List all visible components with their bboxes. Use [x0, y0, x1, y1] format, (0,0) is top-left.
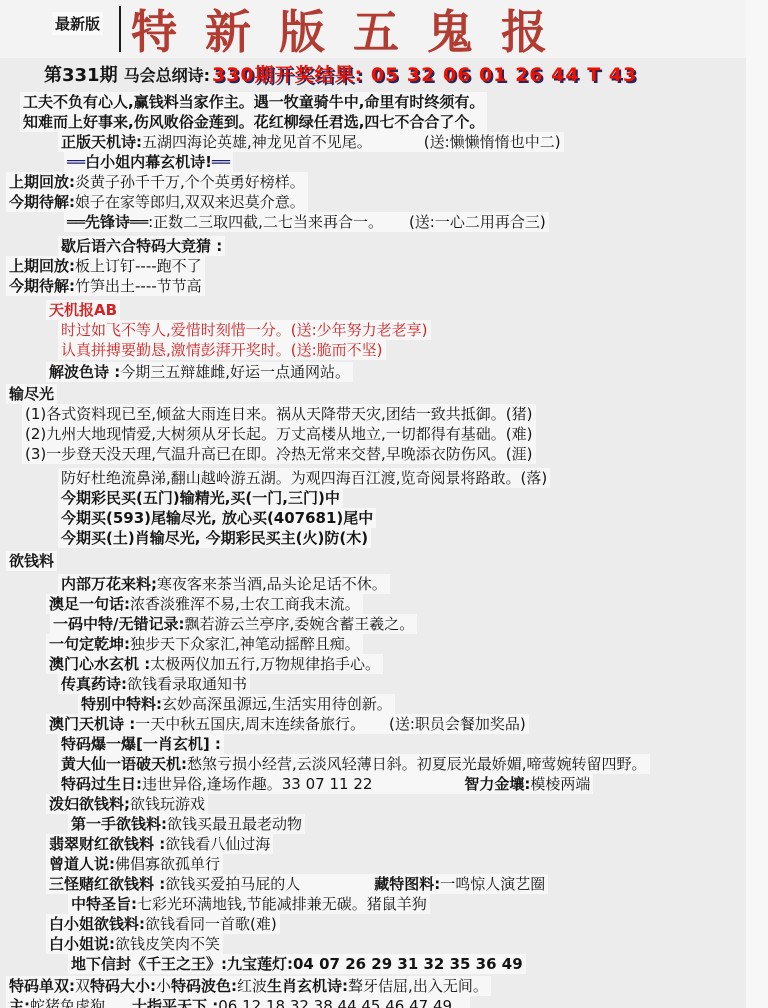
text-segment: 双: [75, 976, 90, 996]
text-line: 三怪赌红欲钱料 :欲钱买爱拍马屁的人藏特图料:一鸣惊人演艺圈: [46, 874, 548, 894]
text-segment: 白小姐说:: [49, 934, 115, 954]
five-ghost-report-page: 最新版 特新版五鬼报 第331期 马会总纲诗: 330期开奖结果: 05 32 …: [0, 0, 768, 1008]
text-segment: 欲钱看同一首歌(难): [145, 914, 277, 934]
text-segment: 独步天下众家汇,神笔动摇醉且痴。: [130, 634, 360, 654]
text-segment: 防好杜绝流鼻涕,翻山越岭游五湖。为观四海百江渡,览奇阅景将路敢。(落): [61, 468, 547, 488]
text-line: 第一手欲钱料: 欲钱买最丑最老动物: [68, 814, 305, 834]
text-segment: 今期三五辩雄雌,好运一点通网站。: [120, 362, 350, 382]
text-segment: 欲钱买爱拍马屁的人: [165, 874, 300, 894]
text-line: 认真拼搏要勤恳,激情彭湃开奖时。(送:脆而不坚): [58, 340, 386, 360]
text-line: 地下信封《千王之王》: 九宝莲灯:04 07 26 29 31 32 35 36…: [68, 954, 526, 974]
text-segment: 认真拼搏要勤恳,激情彭湃开奖时。(送:脆而不坚): [61, 340, 383, 360]
text-segment: 欲钱买最丑最老动物: [167, 814, 302, 834]
text-line: 欲钱料: [6, 551, 57, 571]
text-segment: 玄妙高深虽源远,生活实用待创新。: [162, 694, 392, 714]
text-line: 工夫不负有心人,赢钱料当家作主。遇一牧童骑牛中,命里有时终须有。: [20, 92, 487, 112]
text-segment: 一鸣惊人演艺圈: [440, 874, 545, 894]
text-line: 一句定乾坤:独步天下众家汇,神笔动摇醉且痴。: [46, 634, 363, 654]
text-line: 一码中特/无错记录:飘若游云兰亭序,委婉含蓄王羲之。: [50, 614, 417, 634]
text-segment: ══: [67, 152, 85, 172]
text-segment: 天机报AB: [49, 300, 117, 320]
text-line: 白小姐说:欲钱皮笑肉不笑: [46, 934, 223, 954]
text-segment: (3): [25, 444, 46, 464]
text-segment: 七彩光环满地钱,节能减排兼无碳。猪鼠羊狗: [137, 894, 427, 914]
text-line: ══白小姐内幕玄机诗! ══: [64, 152, 233, 172]
text-segment: 一句定乾坤:: [49, 634, 130, 654]
text-segment: 模棱两端: [530, 774, 590, 794]
text-line: 防好杜绝流鼻涕,翻山越岭游五湖。为观四海百江渡,览奇阅景将路敢。(落): [58, 468, 550, 488]
text-segment: 蛇猪兔虎狗。: [30, 996, 120, 1008]
text-segment: 知难而上好事来,伤风败俗金莲到。花红柳绿任君选,四七不合合了个。: [23, 112, 484, 132]
text-segment: 上期回放:: [9, 256, 75, 276]
text-line: (3)一步登天没天理,气温升高已在即。冷热无常来交替,早晚添衣防伤风。(涯): [22, 444, 536, 464]
text-segment: 白小姐内幕玄机诗!: [85, 152, 212, 172]
issue-title-label: 马会总纲诗:: [124, 63, 210, 86]
text-line: 歇后语六合特码大竞猜 :: [58, 236, 225, 256]
text-line: 内部万花来料;寒夜客来茶当酒,品头论足话不休。: [58, 574, 390, 594]
text-segment: (送:职员会餐加奖品): [389, 714, 526, 734]
text-segment: 聱牙佶屈,出入无间。: [348, 976, 488, 996]
text-segment: 正版天机诗:: [61, 132, 142, 152]
issue-number: 第331期: [44, 61, 118, 87]
text-segment: 飘若游云兰亭序,委婉含蓄王羲之。: [184, 614, 414, 634]
text-line: 今期待解:娘子在家等郎归,双双来迟莫介意。: [6, 192, 308, 212]
text-segment: 违世异俗,逢场作趣。33 07 11 22: [142, 774, 372, 794]
text-segment: (2): [25, 424, 46, 444]
text-segment: 一码中特/无错记录:: [53, 614, 184, 634]
text-segment: 九州大地现情爱,大树须从牙长起。万丈高楼从地立,一切都得有基础。(难): [46, 424, 532, 444]
text-segment: 时过如飞不等人,爱惜时刻惜一分。(送:少年努力老老享): [61, 320, 428, 340]
text-segment: 今期买(593)尾输尽光, 放心买(407681)尾中: [61, 508, 373, 528]
text-segment: 输尽光: [9, 384, 54, 404]
text-line: 今期买(593)尾输尽光, 放心买(407681)尾中: [58, 508, 376, 528]
text-segment: 佛倡寡欲孤单行: [115, 854, 220, 874]
text-line: 今期待解:竹笋出土----节节高: [6, 276, 205, 296]
text-segment: :正数二三取四截,二七当来再合一。: [148, 212, 383, 232]
masthead-divider: [119, 6, 121, 52]
text-segment: 欲钱皮笑肉不笑: [115, 934, 220, 954]
text-segment: ══: [212, 152, 230, 172]
text-segment: 澳门天机诗 :: [49, 714, 135, 734]
text-line: 泼妇欲钱料;欲钱玩游戏: [46, 794, 208, 814]
text-segment: 黄大仙一语破天机:: [61, 754, 187, 774]
text-line: 澳门天机诗 :一天中秋五国庆,周末连续备旅行。(送:职员会餐加奖品): [46, 714, 529, 734]
text-line: 澳足一句话:浓香淡雅浑不易,士农工商我末流。: [46, 594, 363, 614]
text-segment: 地下信封《千王之王》:: [71, 954, 227, 974]
text-line: 特码过生日:违世异俗,逢场作趣。33 07 11 22智力金壤:模棱两端: [58, 774, 593, 794]
text-line: (2)九州大地现情爱,大树须从牙长起。万丈高楼从地立,一切都得有基础。(难): [22, 424, 536, 444]
text-segment: 第一手欲钱料:: [71, 814, 167, 834]
text-segment: 歇后语六合特码大竞猜 :: [61, 236, 222, 256]
text-segment: 三怪赌红欲钱料 :: [49, 874, 165, 894]
previous-draw-result: 330期开奖结果: 05 32 06 01 26 44 T 43: [212, 60, 637, 87]
text-segment: 愁煞亏损小经营,云淡风轻薄日斜。初夏辰光最娇媚,啼莺婉转留四野。: [187, 754, 647, 774]
text-segment: 白小姐欲钱料:: [49, 914, 145, 934]
text-line: 上期回放:炎黄子孙千千万,个个英勇好榜样。: [6, 172, 308, 192]
text-segment: 翡翠财红欲钱料 :: [49, 834, 165, 854]
text-segment: 一天中秋五国庆,周末连续备旅行。: [135, 714, 365, 734]
text-line: 今期买(土)肖输尽光, 今期彩民买主(火)防(木): [58, 528, 371, 548]
text-segment: 娘子在家等郎归,双双来迟莫介意。: [75, 192, 305, 212]
text-segment: 欲钱看八仙过海: [165, 834, 270, 854]
masthead: 最新版 特新版五鬼报: [0, 0, 768, 58]
text-segment: 工夫不负有心人,赢钱料当家作主。遇一牧童骑牛中,命里有时终须有。: [23, 92, 484, 112]
text-segment: 智力金壤:: [464, 774, 530, 794]
text-segment: 欲钱料: [9, 551, 54, 571]
text-line: 白小姐欲钱料:欲钱看同一首歌(难): [46, 914, 280, 934]
text-segment: 太极两仪加五行,万物规律掐手心。: [150, 654, 380, 674]
text-line: ══先锋诗══:正数二三取四截,二七当来再合一。(送:一心二用再合三): [64, 212, 549, 232]
text-segment: 一步登天没天理,气温升高已在即。冷热无常来交替,早晚添衣防伤风。(涯): [46, 444, 532, 464]
text-line: 输尽光: [6, 384, 57, 404]
text-line: (1)各式资料现已至,倾盆大雨连日来。祸从天降带天灾,团结一致共抵御。(猪): [22, 404, 536, 424]
text-line: 中特圣旨:七彩光环满地钱,节能减排兼无碳。猪鼠羊狗: [68, 894, 430, 914]
text-line: 曾道人说:佛倡寡欲孤单行: [46, 854, 223, 874]
text-segment: 各式资料现已至,倾盆大雨连日来。祸从天降带天灾,团结一致共抵御。(猪): [46, 404, 532, 424]
text-segment: ══先锋诗══: [67, 212, 148, 232]
page-title: 特新版五鬼报: [131, 6, 575, 58]
text-segment: 内部万花来料;: [61, 574, 157, 594]
text-line: 特别中特料:玄妙高深虽源远,生活实用待创新。: [78, 694, 395, 714]
text-segment: (送:懒懒惰惰也中二): [424, 132, 561, 152]
text-segment: 欲钱玩游戏: [130, 794, 205, 814]
text-segment: 主:: [9, 996, 30, 1008]
text-segment: 今期待解:: [9, 276, 75, 296]
text-line: 今期彩民买(五门)输精光,买(一门,三门)中: [58, 488, 343, 508]
text-segment: 中特圣旨:: [71, 894, 137, 914]
text-line: 特码爆一爆[一肖玄机] :: [58, 734, 224, 754]
text-segment: 寒夜客来茶当酒,品头论足话不休。: [157, 574, 387, 594]
text-segment: 特码大小:: [90, 976, 156, 996]
text-line: 主:蛇猪兔虎狗。十指平天下 : 06 12 18 32 38 44 45 46 …: [6, 996, 470, 1008]
text-segment: 十指平天下 :: [132, 996, 218, 1008]
text-segment: 五湖四海论英雄,神龙见首不见尾。: [142, 132, 372, 152]
text-line: 知难而上好事来,伤风败俗金莲到。花红柳绿任君选,四七不合合了个。: [20, 112, 487, 132]
text-segment: 泼妇欲钱料;: [49, 794, 130, 814]
issue-row: 第331期 马会总纲诗: 330期开奖结果: 05 32 06 01 26 44…: [44, 60, 768, 87]
text-segment: 今期彩民买(五门)输精光,买(一门,三门)中: [61, 488, 340, 508]
text-line: 黄大仙一语破天机:愁煞亏损小经营,云淡风轻薄日斜。初夏辰光最娇媚,啼莺婉转留四野…: [58, 754, 650, 774]
text-line: 解波色诗 :今期三五辩雄雌,好运一点通网站。: [46, 362, 353, 382]
text-segment: 浓香淡雅浑不易,士农工商我末流。: [130, 594, 360, 614]
text-segment: 竹笋出土----节节高: [75, 276, 202, 296]
text-segment: 澳足一句话:: [49, 594, 130, 614]
text-segment: 今期待解:: [9, 192, 75, 212]
text-segment: (送:一心二用再合三): [409, 212, 546, 232]
text-segment: 澳门心水玄机 :: [49, 654, 150, 674]
text-segment: 藏特图料:: [374, 874, 440, 894]
text-segment: 炎黄子孙千千万,个个英勇好榜样。: [75, 172, 305, 192]
text-segment: 上期回放:: [9, 172, 75, 192]
text-segment: 特码单双:: [9, 976, 75, 996]
text-segment: 06 12 18 32 38 44 45 46 47 49。: [218, 996, 467, 1008]
text-line: 传真药诗:欲钱看录取通知书: [58, 674, 250, 694]
edition-label: 最新版: [52, 12, 103, 35]
text-segment: 小: [156, 976, 171, 996]
text-segment: 特码过生日:: [61, 774, 142, 794]
text-line: 上期回放:板上订钉----跑不了: [6, 256, 205, 276]
text-segment: 欲钱看录取通知书: [127, 674, 247, 694]
text-segment: 九宝莲灯:: [227, 954, 293, 974]
text-segment: 04 07 26 29 31 32 35 36 49: [293, 954, 523, 974]
text-line: 正版天机诗:五湖四海论英雄,神龙见首不见尾。(送:懒懒惰惰也中二): [58, 132, 564, 152]
text-segment: 特码波色:: [171, 976, 237, 996]
text-line: 澳门心水玄机 :太极两仪加五行,万物规律掐手心。: [46, 654, 383, 674]
text-segment: 解波色诗 :: [49, 362, 120, 382]
text-segment: 传真药诗:: [61, 674, 127, 694]
report-body: 工夫不负有心人,赢钱料当家作主。遇一牧童骑牛中,命里有时终须有。知难而上好事来,…: [0, 92, 768, 1008]
text-segment: 生肖玄机诗:: [267, 976, 348, 996]
text-line: 天机报AB: [46, 300, 120, 320]
text-line: 时过如飞不等人,爱惜时刻惜一分。(送:少年努力老老享): [58, 320, 431, 340]
text-line: 翡翠财红欲钱料 :欲钱看八仙过海: [46, 834, 273, 854]
text-segment: 红波: [237, 976, 267, 996]
text-segment: 板上订钉----跑不了: [75, 256, 202, 276]
text-segment: 特码爆一爆[一肖玄机] :: [61, 734, 221, 754]
text-segment: 曾道人说:: [49, 854, 115, 874]
text-segment: 今期买(土)肖输尽光, 今期彩民买主(火)防(木): [61, 528, 368, 548]
text-segment: (1): [25, 404, 46, 424]
text-line: 特码单双: 双 特码大小: 小 特码波色: 红波生肖玄机诗:聱牙佶屈,出入无间。: [6, 976, 491, 996]
text-segment: 特别中特料:: [81, 694, 162, 714]
